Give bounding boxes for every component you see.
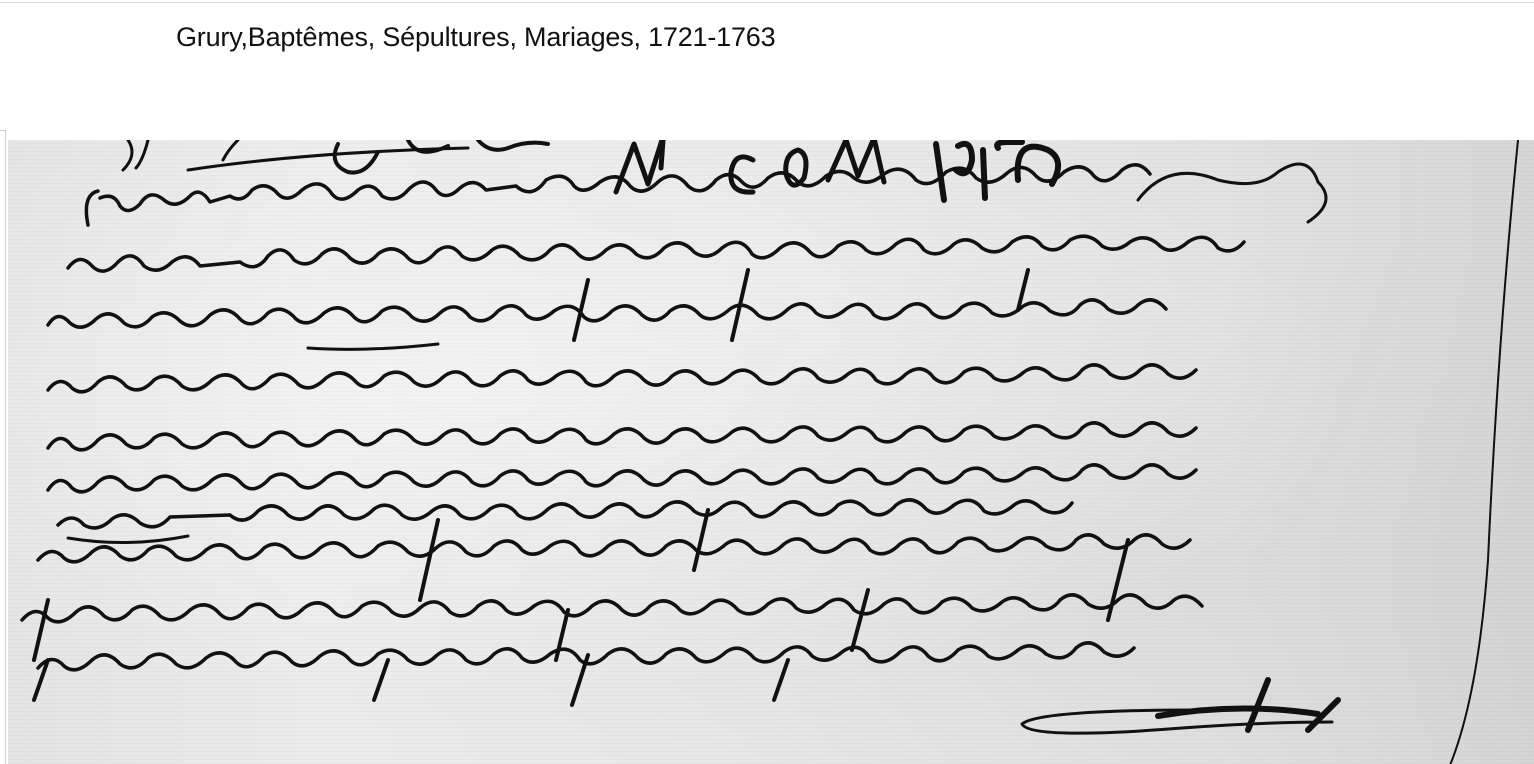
image-frame-border [5,130,6,764]
manuscript-scan-image: N. COM 1770 [8,140,1534,764]
handwriting-strokes [8,140,1534,764]
top-divider [0,2,1534,3]
page-title: Grury,Baptêmes, Sépultures, Mariages, 17… [176,22,775,53]
